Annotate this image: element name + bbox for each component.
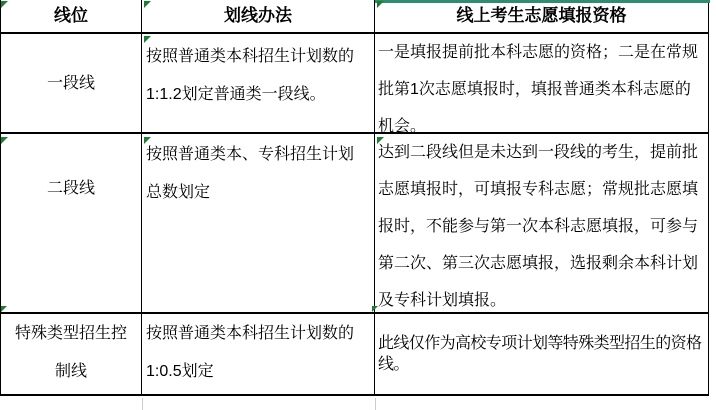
cell-corner-marker-icon <box>144 137 151 144</box>
cell-eligibility-3: 此线仅作为高校专项计划等特殊类型招生的资格 线。 <box>375 314 709 396</box>
col-header-eligibility: 线上考生志愿填报资格 <box>375 0 709 34</box>
table-screenshot: 线位 划线办法 线上考生志愿填报资格 一段线 按照普通类本科招生计划数的 1:1… <box>0 0 716 410</box>
cell-line-name-2: 二段线 <box>0 134 142 314</box>
cell-method-3: 按照普通类本科招生计划数的 1:0.5划定 <box>142 314 375 396</box>
cell-method-2: 按照普通类本、专科招生计划 总数划定 <box>142 134 375 314</box>
cell-corner-marker-icon <box>372 306 378 312</box>
cell-corner-marker-icon <box>1 137 8 144</box>
col-header-line-method: 划线办法 <box>142 0 375 34</box>
cell-corner-marker-icon <box>144 36 151 43</box>
cell-corner-marker-icon <box>377 1 384 8</box>
cell-line-name-3: 特殊类型招生控 制线 <box>0 314 142 396</box>
cell-corner-marker-icon <box>1 306 7 312</box>
cell-method-1: 按照普通类本科招生计划数的 1:1.2划定普通类一段线。 <box>142 34 375 134</box>
cell-eligibility-2: 达到二段线但是未达到一段线的考生，提前批 志愿填报时，可填报专科志愿；常规批志愿… <box>375 134 709 314</box>
score-line-table: 线位 划线办法 线上考生志愿填报资格 一段线 按照普通类本科招生计划数的 1:1… <box>0 0 709 396</box>
top-accent-bar <box>375 0 710 3</box>
cell-corner-marker-icon <box>1 1 8 8</box>
faint-gridline <box>375 398 376 410</box>
cell-corner-marker-icon <box>144 1 151 8</box>
cell-line-name-1: 一段线 <box>0 34 142 134</box>
cell-eligibility-1: 一是填报提前批本科志愿的资格；二是在常规 批第1次志愿填报时，填报普通类本科志愿… <box>375 34 709 134</box>
cell-corner-marker-icon <box>377 137 384 144</box>
col-header-line-position: 线位 <box>0 0 142 34</box>
faint-gridline <box>142 398 143 410</box>
